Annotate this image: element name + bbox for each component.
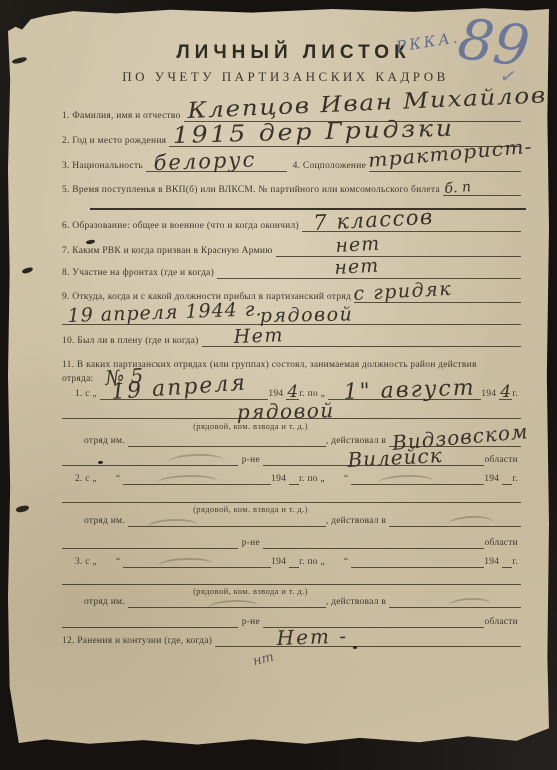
entry-2-end: г. bbox=[512, 474, 521, 485]
entry-3-year1-line bbox=[289, 551, 299, 568]
field-2-value: 1915 дер Гридзки bbox=[173, 118, 456, 148]
field-8-row: 8. Участие на фронтах (где и когда) нет bbox=[62, 263, 521, 279]
entry-1-oblast-line: Вилейск bbox=[263, 449, 485, 466]
entry-1-otryad-line bbox=[128, 430, 326, 447]
paper-speck bbox=[353, 646, 357, 649]
entry-3-end: г. bbox=[512, 557, 521, 568]
entry-1-dates-row: 1. с „ 19 апреля 194 4 г. по „ 1" август… bbox=[75, 384, 521, 400]
field-10-row: 10. Был ли в плену (где и когда) Нет bbox=[62, 331, 521, 347]
entry-2-rne-label: р-не bbox=[238, 538, 263, 549]
entry-1-rne-label: р-не bbox=[238, 455, 263, 466]
entry-1-from-line: 19 апреля bbox=[100, 383, 269, 400]
field-4-label: 4. Соцположение bbox=[287, 161, 369, 172]
section-divider bbox=[90, 208, 526, 210]
entry-3-year2-printed: 194 bbox=[484, 557, 502, 568]
field-12-label: 12. Ранения и контузии (где, когда) bbox=[62, 636, 215, 647]
file-number-handwritten: 89 bbox=[455, 12, 533, 76]
entry-3-acted-label: , действовал в bbox=[326, 597, 389, 608]
entry-2-year1-printed: 194 bbox=[271, 474, 289, 485]
entry-1-rank-value: рядовой bbox=[237, 400, 335, 422]
entry-2-oblast-line bbox=[263, 532, 485, 549]
entry-2-acted-label: , действовал в bbox=[326, 516, 389, 527]
entry-1-to-value: 1" август bbox=[343, 377, 476, 404]
field-10-value: Нет bbox=[233, 326, 284, 347]
entry-3-dates-row: 3. с „ “ 194 г. по „ “ 194 г. bbox=[75, 552, 521, 568]
entry-1-year2-line: 4 bbox=[499, 383, 512, 400]
paper-speck bbox=[16, 505, 30, 513]
entry-1-oblast-label: области bbox=[484, 455, 521, 466]
field-3-4-row: 3. Национальность белорус 4. Соцположени… bbox=[62, 156, 521, 172]
field-5-label: 5. Время поступленья в ВКП(б) или ВЛКСМ.… bbox=[62, 185, 443, 196]
field-9-date-value: 19 апреля 1944 г. bbox=[67, 300, 262, 326]
pencil-mark: нт bbox=[251, 650, 275, 670]
entry-2-spacer1 bbox=[100, 469, 116, 485]
field-10-line: Нет bbox=[202, 330, 521, 347]
field-9-row2: 19 апреля 1944 г. рядовой bbox=[62, 309, 521, 325]
field-5-value: б. п bbox=[444, 180, 471, 196]
entry-3-mid: г. по „ bbox=[299, 557, 328, 568]
entry-3-oblast-label: области bbox=[484, 617, 521, 628]
entry-1-end: г. bbox=[512, 389, 521, 400]
field-9-rank-value: рядовой bbox=[260, 305, 354, 326]
entry-3-spacer2 bbox=[328, 552, 344, 568]
field-3-value: белорус bbox=[153, 149, 256, 174]
field-12-line: Нет - bbox=[215, 630, 521, 647]
entry-1-otryad-row: отряд им. , действовал в Видзовском bbox=[84, 431, 521, 447]
entry-2-openquote2: “ bbox=[344, 474, 351, 485]
entry-1-oblast-value: Вилейск bbox=[347, 445, 443, 470]
entry-3-otryad-label: отряд им. bbox=[84, 597, 128, 608]
field-2-label: 2. Год и место рождения bbox=[62, 136, 169, 147]
entry-3-spacer1 bbox=[100, 552, 116, 568]
entry-3-to-line bbox=[351, 551, 484, 568]
entry-1-prefix: 1. с „ bbox=[75, 389, 100, 400]
entry-1-year2-printed: 194 bbox=[481, 389, 499, 400]
entry-2-rne-row: р-не области bbox=[62, 533, 521, 549]
entry-3-year1-printed: 194 bbox=[271, 557, 289, 568]
entry-1-rne-row: р-не Вилейск области bbox=[62, 450, 521, 466]
entry-3-rne-label: р-не bbox=[238, 617, 263, 628]
entry-3-prefix: 3. с „ bbox=[75, 557, 100, 568]
entry-3-year2-line bbox=[502, 551, 512, 568]
scan-background: ЛИЧНЫЙ ЛИСТОК ПО УЧЕТУ ПАРТИЗАНСКИХ КАДР… bbox=[0, 0, 557, 770]
field-3-line: белорус bbox=[146, 155, 287, 172]
field-5-line: б. п bbox=[443, 179, 521, 196]
entry-2-rank-line bbox=[62, 486, 521, 503]
field-9-line2: 19 апреля 1944 г. рядовой bbox=[62, 308, 521, 325]
field-5-row: 5. Время поступленья в ВКП(б) или ВЛКСМ.… bbox=[62, 180, 521, 196]
entry-2-year1-line bbox=[289, 468, 299, 485]
field-9-line: с гридяк bbox=[354, 286, 521, 303]
field-6-line: 7 классов bbox=[302, 215, 521, 232]
field-8-line: нет bbox=[217, 262, 521, 279]
field-6-label: 6. Образование: общее и военное (что и к… bbox=[62, 221, 302, 232]
entry-2-otryad-label: отряд им. bbox=[84, 516, 128, 527]
field-7-label: 7. Каким РВК и когда призван в Красную А… bbox=[62, 246, 276, 257]
entry-2-rne-blank bbox=[62, 532, 238, 549]
entry-2-prefix: 2. с „ bbox=[75, 474, 100, 485]
entry-3-rank-row bbox=[62, 569, 521, 585]
document-paper: ЛИЧНЫЙ ЛИСТОК ПО УЧЕТУ ПАРТИЗАНСКИХ КАДР… bbox=[8, 6, 549, 746]
entry-2-rank-row bbox=[62, 487, 521, 503]
entry-3-openquote1: “ bbox=[116, 557, 123, 568]
entry-3-rne-blank bbox=[62, 611, 238, 628]
entry-2-mid: г. по „ bbox=[299, 474, 328, 485]
entry-1-year1-line: 4 bbox=[286, 383, 299, 400]
field-4-line: тракторист- bbox=[369, 155, 521, 172]
entry-3-openquote2: “ bbox=[344, 557, 351, 568]
field-12-value: Нет - bbox=[276, 626, 348, 648]
entry-2-oblast-label: области bbox=[484, 538, 521, 549]
field-10-label: 10. Был ли в плену (где и когда) bbox=[62, 336, 202, 347]
entry-1-rank-row: рядовой bbox=[62, 403, 521, 419]
entry-2-dates-row: 2. с „ “ 194 г. по „ “ 194 г. bbox=[75, 469, 521, 485]
paper-speck bbox=[22, 267, 34, 275]
field-3-label: 3. Национальность bbox=[62, 161, 146, 172]
entry-2-year2-line bbox=[502, 468, 512, 485]
entry-3-rank-line bbox=[62, 568, 521, 585]
entry-2-openquote1: “ bbox=[116, 474, 123, 485]
field-8-label: 8. Участие на фронтах (где и когда) bbox=[62, 268, 217, 279]
field-7-row: 7. Каким РВК и когда призван в Красную А… bbox=[62, 241, 521, 257]
field-9-value: с гридяк bbox=[353, 280, 453, 304]
field-7-line: нет bbox=[276, 240, 521, 257]
field-8-value: нет bbox=[334, 257, 380, 278]
entry-2-spacer2 bbox=[328, 469, 344, 485]
field-6-row: 6. Образование: общее и военное (что и к… bbox=[62, 216, 521, 232]
field-7-value: нет bbox=[335, 235, 381, 256]
field-1-label: 1. Фамилия, имя и отчество bbox=[62, 111, 184, 122]
entry-1-otryad-label: отряд им. bbox=[84, 436, 128, 447]
field-9-row: 9. Откуда, когда и с какой должности при… bbox=[62, 287, 521, 303]
field-12-row: 12. Ранения и контузии (где, когда) Нет … bbox=[62, 631, 521, 647]
entry-1-to-line: 1" август bbox=[328, 383, 481, 400]
field-6-value: 7 классов bbox=[313, 207, 434, 234]
entry-2-year2-printed: 194 bbox=[484, 474, 502, 485]
entry-1-rank-line: рядовой bbox=[62, 402, 521, 419]
entry-1-year2-value: 4 bbox=[500, 384, 511, 401]
